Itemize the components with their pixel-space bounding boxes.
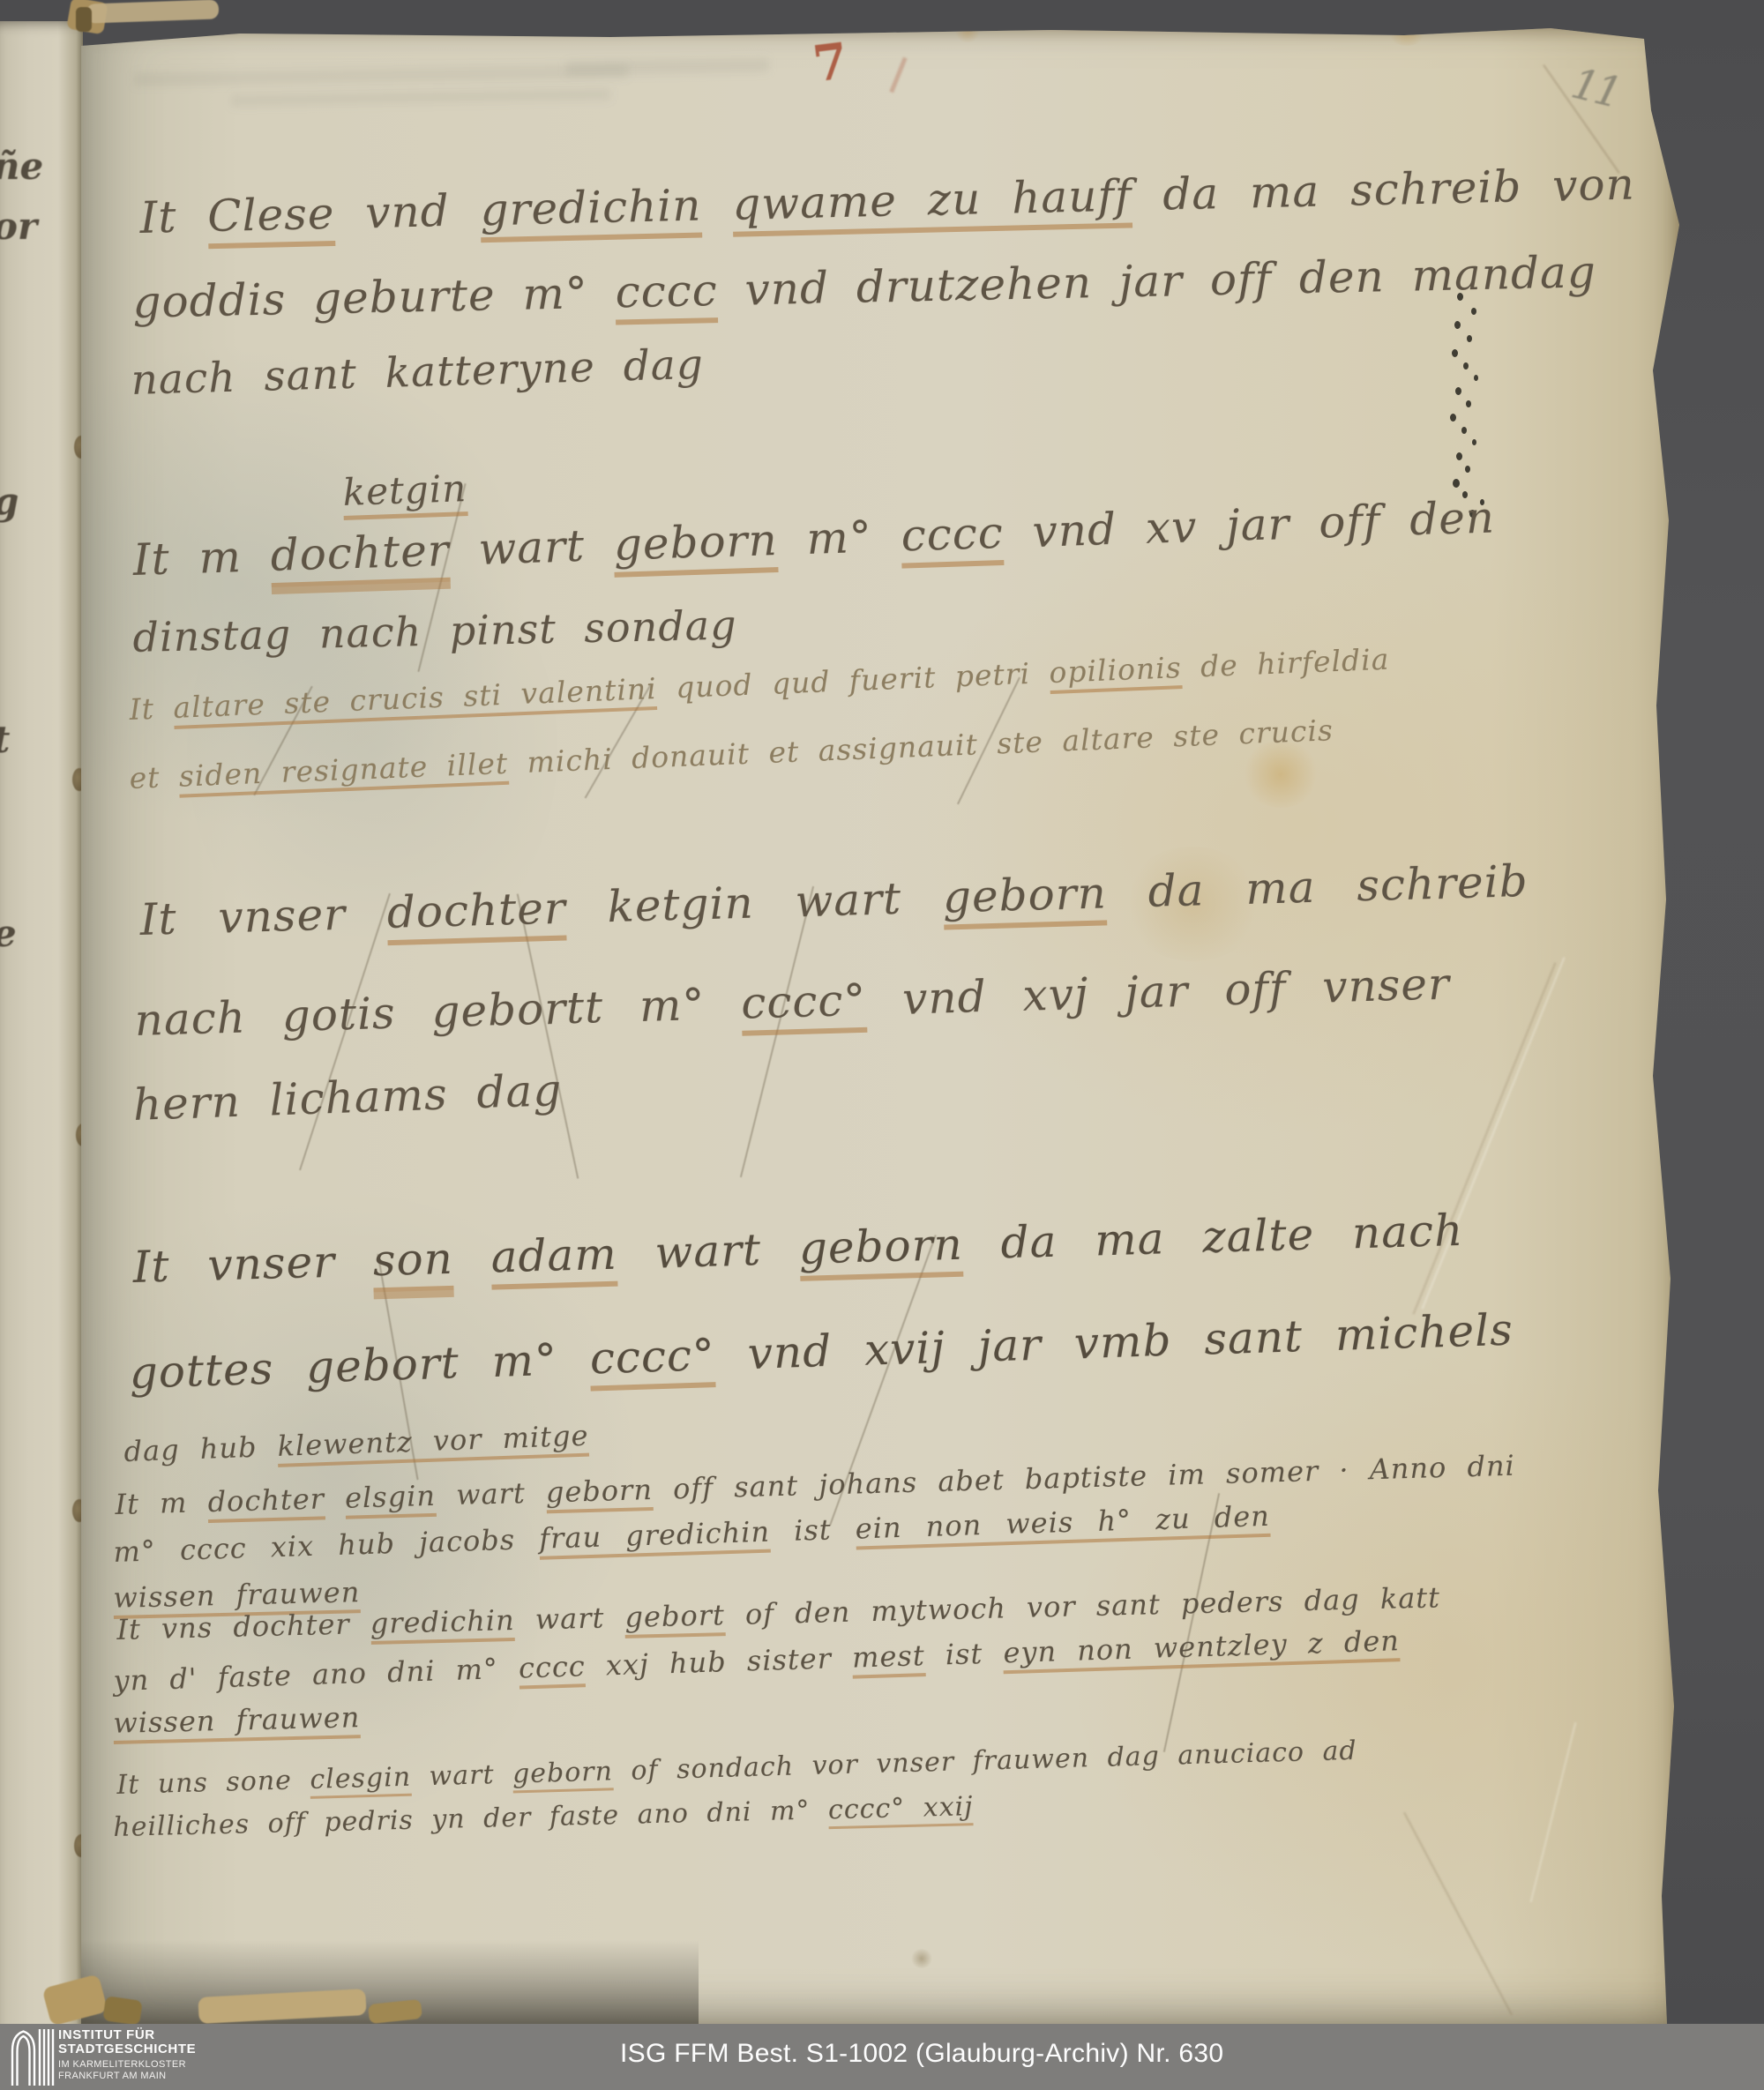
manuscript-word-segment: cccc° [740,974,867,1036]
manuscript-word-segment: wart [617,1223,800,1280]
institute-line: INSTITUT FÜR [58,2028,196,2042]
archive-shelfmark-caption: ISG FFM Best. S1-1002 (Glauburg-Archiv) … [620,2039,1223,2069]
manuscript-word-segment: dochter [270,525,451,587]
folio-number-red: 7 [810,32,851,93]
manuscript-word-segment: qwame zu hauff [732,169,1133,236]
manuscript-word-segment: geborn [545,1473,653,1514]
stain [1241,741,1320,808]
manuscript-word-segment: clesgin [310,1762,412,1799]
archival-scan-screenshot: { "colors":{ "background":"#515153", "pa… [0,0,1764,2090]
binding-thread [86,0,220,24]
manuscript-word-segment: elsgin [345,1479,437,1519]
manuscript-word-segment: goddis geburte m° [132,267,616,328]
manuscript-word-segment: wart [435,1475,546,1512]
manuscript-word-segment: geborn [613,514,779,578]
manuscript-word-segment: It [129,690,174,727]
manuscript-word-segment: m° [777,511,902,565]
manuscript-word-segment: gredichin [370,1603,515,1645]
manuscript-word-segment: wart [514,1601,625,1637]
manuscript-word-segment: et [129,759,180,795]
manuscript-word-segment: dag hub [123,1429,278,1468]
institute-line: IM KARMELITERKLOSTER [58,2059,196,2071]
manuscript-word-segment: It uns sone [116,1765,310,1801]
manuscript-word-segment: wart [411,1758,513,1792]
ink-dot [1450,414,1456,422]
manuscript-word-segment: wart [449,519,615,576]
stain [954,19,981,42]
binding-thread [76,7,92,32]
manuscript-word-segment: dochter [207,1482,325,1523]
manuscript-word-segment: cccc [615,265,718,325]
institute-line: STADTGESCHICHTE [58,2042,196,2056]
crease-line [1530,1722,1577,1902]
ink-dot [1466,400,1471,407]
ink-dot [1474,375,1478,381]
bleed-through-text [134,64,628,86]
manuscript-word-segment: ketgin wart [565,872,944,934]
ink-dot [1452,349,1458,357]
manuscript-word-segment: ist [769,1512,856,1549]
institute-logo-arch-icon [9,2029,55,2086]
manuscript-word-segment: cccc° xxij [828,1791,974,1829]
manuscript-word-segment: dochter [386,883,567,946]
stain [1387,14,1427,46]
manuscript-word-segment: cccc [901,507,1005,569]
bleed-through-text [231,88,610,107]
footer-bar: INSTITUT FÜR STADTGESCHICHTE IM KARMELIT… [0,2024,1764,2090]
cut-off-letter-fragment: or [0,205,37,248]
crease-line [1422,957,1566,1309]
manuscript-word-segment: cccc [518,1649,586,1690]
cut-off-letter-fragment: g [0,480,19,523]
crease-line [1413,962,1557,1314]
manuscript-line: wissen frauwen [113,1703,361,1737]
ink-dot [1467,335,1472,342]
cut-off-letter-fragment: t [0,718,10,761]
manuscript-word-segment: vnd [334,184,482,239]
cut-off-letter-fragment: ñe [0,145,43,188]
manuscript-line: dinstag nach pinst sondag [132,605,737,658]
manuscript-word-segment: wissen frauwen [113,1700,361,1744]
manuscript-word-segment: geborn [942,867,1108,929]
manuscript-word-segment: gebort [624,1598,725,1638]
manuscript-word-segment: opilionis [1049,650,1183,694]
manuscript-word-segment: mest [852,1638,926,1679]
ink-dot [1455,387,1461,395]
ink-dot [1454,321,1461,329]
manuscript-word-segment: son [372,1233,454,1292]
manuscript-word-segment: ist [924,1636,1004,1672]
ink-dot [1463,362,1469,369]
ink-dot [1456,452,1462,460]
bleed-through-text [566,58,769,76]
facing-page-edge: ñeorgte [0,21,83,2024]
manuscript-word-segment: gredichin [480,180,702,243]
manuscript-word-segment [701,179,733,231]
institute-name-block: INSTITUT FÜR STADTGESCHICHTE IM KARMELIT… [58,2028,196,2081]
crease-line [1403,1812,1513,2016]
manuscript-word-segment: It [139,190,208,243]
ink-dot [1465,466,1470,473]
manuscript-line: ketgin [342,470,467,511]
cut-off-letter-fragment: e [0,912,17,955]
manuscript-word-segment: It vnser [132,1235,374,1293]
manuscript-word-segment: It m [132,530,272,586]
manuscript-word-segment: geborn [798,1219,964,1281]
binding-thread [102,1996,142,2026]
manuscript-word-segment: geborn [512,1756,614,1793]
institute-line: FRANKFURT AM MAIN [58,2071,196,2082]
manuscript-word-segment: It vnser [139,887,388,945]
manuscript-word-segment: It vns dochter [116,1607,370,1646]
manuscript-word-segment: adam [490,1228,618,1290]
ink-dot [1461,427,1467,434]
manuscript-word-segment: It m [115,1485,208,1521]
manuscript-word-segment: frau gredichin [539,1515,771,1560]
manuscript-word-segment [324,1482,345,1516]
stain [910,1949,933,1968]
manuscript-word-segment: cccc° [589,1329,716,1391]
ink-dot [1471,308,1476,315]
ink-dot [1472,439,1476,445]
ink-dot [1453,479,1460,488]
manuscript-word-segment [452,1232,492,1284]
manuscript-word-segment: Clese [207,188,336,249]
manuscript-line: wissen frauwen [113,1578,361,1612]
manuscript-word-segment: ketgin [342,467,467,520]
